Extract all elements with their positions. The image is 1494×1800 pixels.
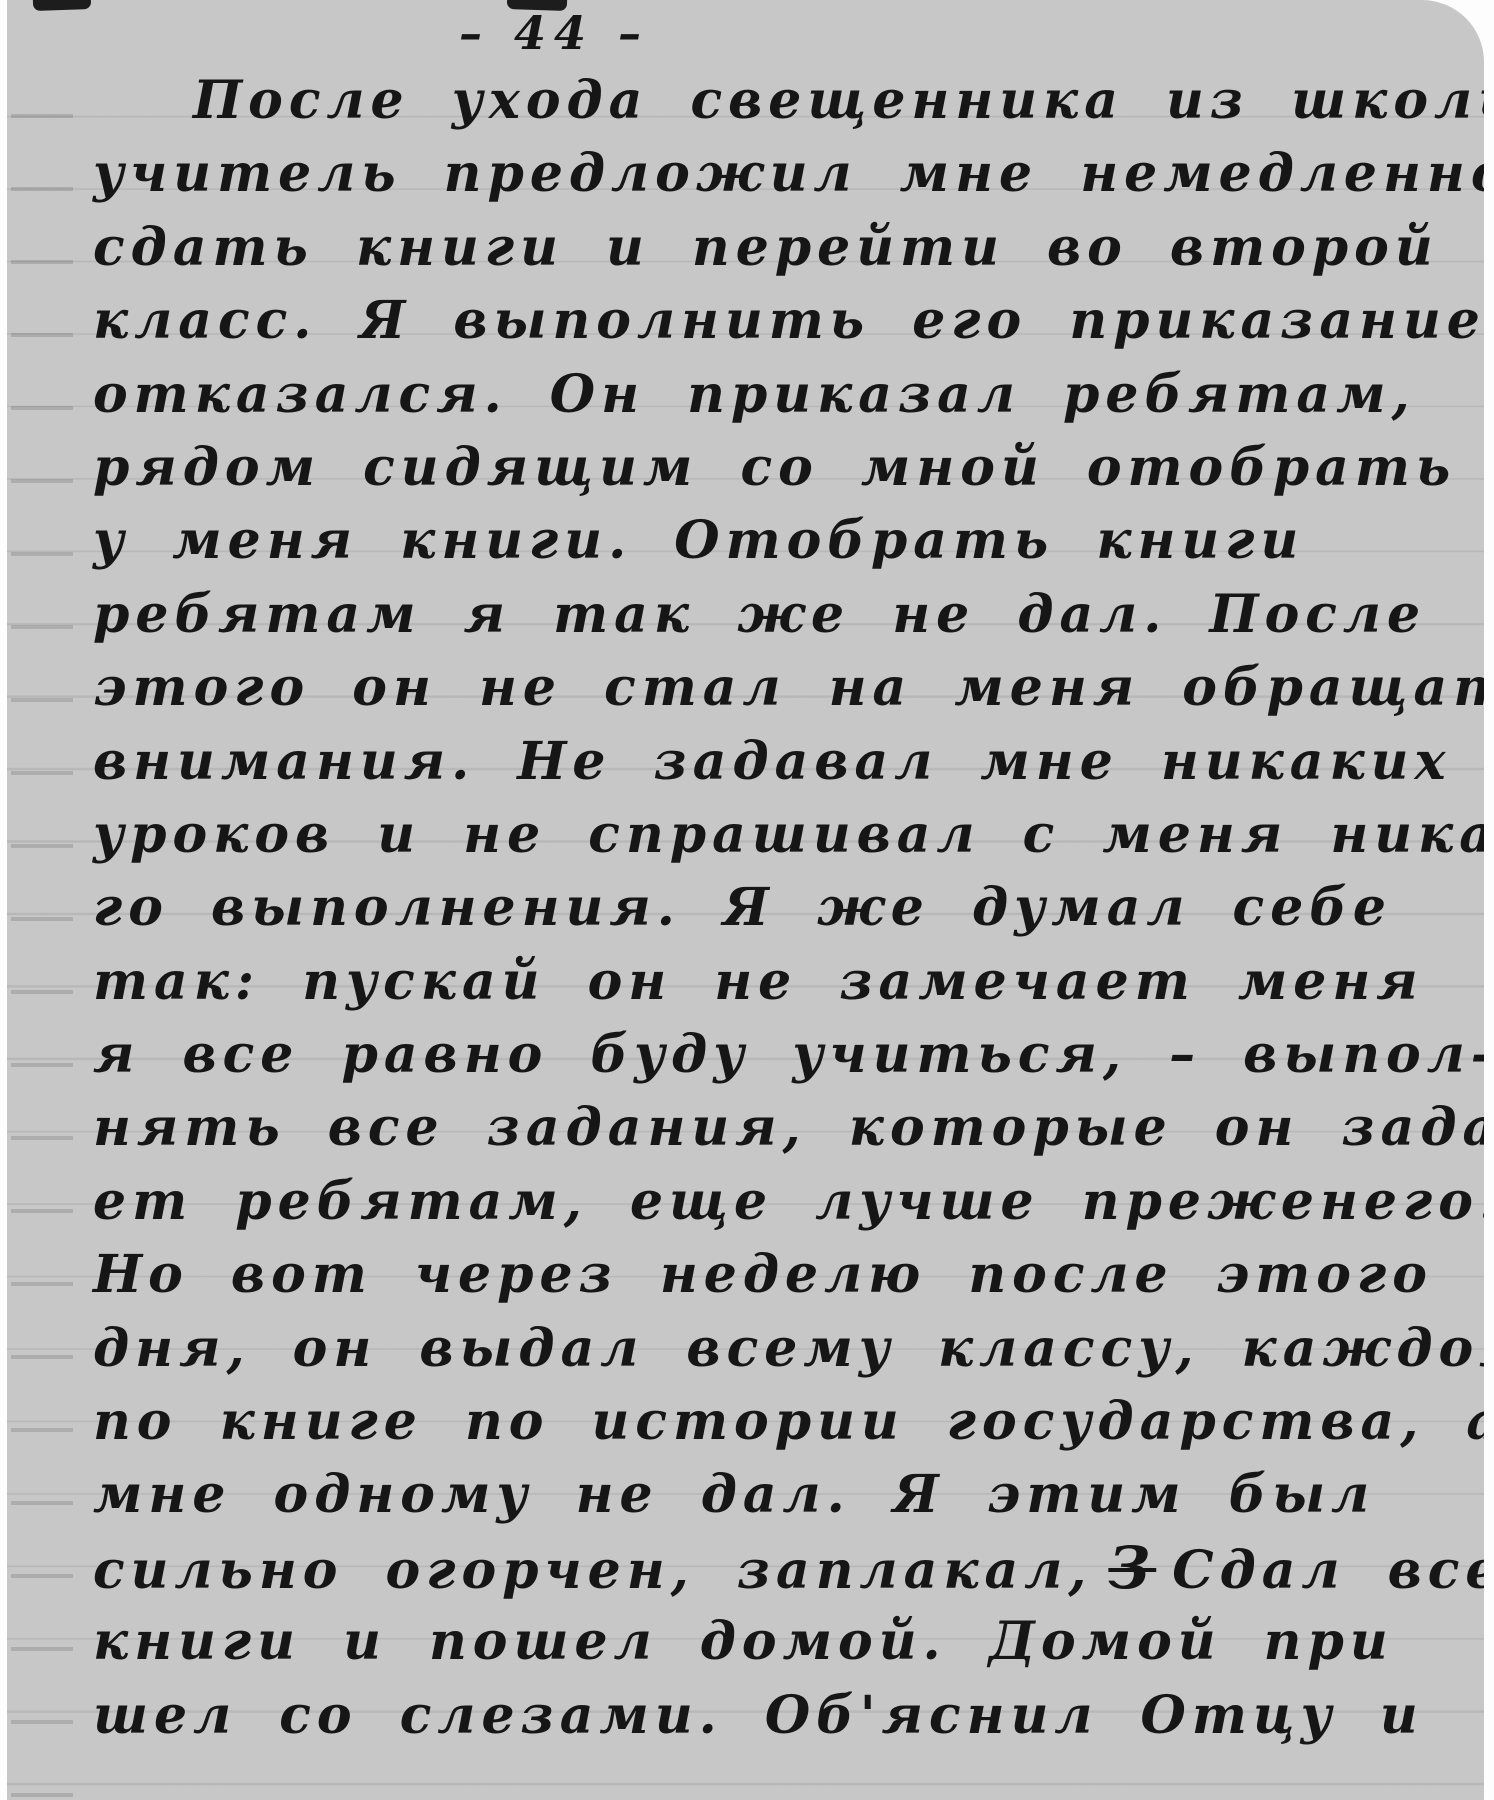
struck-letter: З	[1108, 1532, 1156, 1605]
handwritten-text-block: После ухода свещенника из школы, учитель…	[93, 64, 1484, 1752]
handwritten-line: книги и пошел домой. Домой при	[93, 1605, 1484, 1678]
line-segment: сильно огорчен, заплакал,	[93, 1540, 1092, 1601]
handwritten-line: этого он не стал на меня обращать	[93, 651, 1484, 724]
handwritten-line: так: пускай он не замечает меня	[93, 945, 1484, 1018]
handwritten-line: го выполнения. Я же думал себе	[93, 871, 1484, 944]
handwritten-line: я все равно буду учиться, – выпол-	[93, 1018, 1484, 1091]
handwritten-line: отказался. Он приказал ребятам,	[93, 358, 1484, 431]
handwritten-line: дня, он выдал всему классу, каждому	[93, 1312, 1484, 1385]
page-number: – 44 –	[459, 6, 649, 60]
handwritten-line: После ухода свещенника из школы,	[93, 64, 1484, 137]
handwritten-line: нять все задания, которые он зада-	[93, 1091, 1484, 1164]
handwritten-line: внимания. Не задавал мне никаких	[93, 725, 1484, 798]
handwritten-line: ребятам я так же не дал. После	[93, 578, 1484, 651]
handwritten-line: у меня книги. Отобрать книги	[93, 504, 1484, 577]
handwritten-line: класс. Я выполнить его приказание	[93, 284, 1484, 357]
handwritten-line: мне одному не дал. Я этим был	[93, 1458, 1484, 1531]
handwritten-line: учитель предложил мне немедленно	[93, 137, 1484, 210]
scanned-page-background: – 44 – После ухода свещенника из школы, …	[0, 0, 1494, 1800]
handwritten-line: ет ребятам, еще лучше преженего.	[93, 1165, 1484, 1238]
handwritten-line: Но вот через неделю после этого	[93, 1238, 1484, 1311]
handwritten-line: шел со слезами. Об'яснил Отцу и	[93, 1679, 1484, 1752]
handwritten-line: по книге по истории государства, а	[93, 1385, 1484, 1458]
handwritten-line: рядом сидящим со мной отобрать	[93, 431, 1484, 504]
line-segment: Сдал все	[1172, 1540, 1484, 1601]
handwritten-line: сдать книги и перейти во второй	[93, 211, 1484, 284]
margin-ticks	[11, 0, 73, 1800]
notebook-page: – 44 – После ухода свещенника из школы, …	[7, 0, 1484, 1800]
handwritten-line: сильно огорчен, заплакал,ЗСдал все	[93, 1532, 1484, 1605]
handwritten-line: уроков и не спрашивал с меня никако	[93, 798, 1484, 871]
page-edge-artifact	[33, 0, 91, 11]
